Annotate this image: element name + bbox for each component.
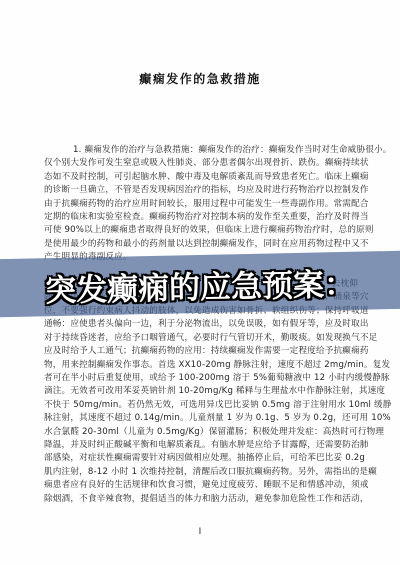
watermark-banner: 突发癫痫的应急预案： — [0, 251, 400, 318]
text-line: 是使用最少的药物和最小的药剂量以达到控制癫痫发作，同时在应用药物过程中又不 — [44, 238, 369, 251]
text-line: 仅个别大发作可发生窒息或吸入性肺炎、部分患者偶尔出现骨折、跌伤。癫痫持续状 — [44, 157, 369, 170]
text-line: 可使 90%以上的癫痫患者取得良好的效果，但临床上进行癫痫药物治疗时，总的原则 — [44, 224, 369, 237]
text-line: 除烟酒，不食辛辣食物，提倡适当的体力和脑力活动，避免参加危险性工作和活动， — [44, 493, 369, 506]
text-line: 物，用来控制癫痫发作事态。首选 XX10-20mg 静脉注射，速度不超过 2mg… — [44, 359, 369, 372]
text-line: 对于持续昏迷者，应给予口咽管通气，必要时行气管切开术，勤吸痰。如发现换气不足 — [44, 332, 369, 345]
document-page: 癫痫发作的急救措施 1. 癫痫发作的治疗与急救措施：癫痫发作的治疗：癫痫发作当时… — [0, 0, 400, 565]
text-line: 态如不及时控制，可引起脑水肿、酸中毒及电解质紊乱而导致患者死亡。临床上癫痫 — [44, 171, 369, 184]
text-line: 降温，并及时纠正酸碱平衡和电解质紊乱。有脑水肿是应给予甘露醇，还需要防治肺 — [44, 439, 369, 452]
text-line: 部感染，对症状性癫痫需要针对病因做相应处理。抽搐停止后，可给苯巴比妥 0.2g — [44, 452, 369, 465]
page-number: I — [0, 527, 400, 537]
text-line: 通畅：应使患者头偏向一边，利于分泌物流出，以免误吸，如有假牙等，应及时取出 — [44, 318, 369, 331]
text-line: 由于抗癫痫药物的治疗应用时间较长，服用过程中可能发生一些毒副作用。常需配合 — [44, 198, 369, 211]
text-line: 脉注射，其速度不超过 0.14g/min。儿童剂量 1 岁为 0.1g、5 岁为… — [44, 412, 369, 425]
text-line: 水合氯醛 20-30ml（儿童为 0.5mg/Kg）保留灌肠；积极处理并发症：高… — [44, 426, 369, 439]
text-line: 1. 癫痫发作的治疗与急救措施：癫痫发作的治疗：癫痫发作当时对生命威胁很小。 — [44, 144, 369, 157]
text-line: 的诊断一旦确立，不管是否发现病因治疗的指标，均应及时进行药物治疗以控制发作 — [44, 184, 369, 197]
text-line: 定期的临床和实验室检查。癫痫药物治疗对控制本病的发作至关重要，治疗及时得当 — [44, 211, 369, 224]
text-line: 者可在半小时后重复使用，或给予 100-200mg 溶于 5%葡萄糖液中 12 … — [44, 372, 369, 385]
text-line: 滴注。无效者可改用苯妥英钠针剂 10-20mg/Kg 稀释与生理盐水中作静脉注射… — [44, 385, 369, 398]
document-title: 癫痫发作的急救措施 — [0, 70, 400, 87]
text-line: 不快于 50mg/min。若仍然无效，可选用异戊巴比妥钠 0.5mg 溶于注射用… — [44, 399, 369, 412]
text-line: 应及时给予人工通气；抗癫痫药物的应用：持续癫痫发作需要一定程度给予抗癫痫药 — [44, 345, 369, 358]
overlay-headline: 突发癫痫的应急预案： — [45, 258, 356, 309]
document-body: 1. 癫痫发作的治疗与急救措施：癫痫发作的治疗：癫痫发作当时对生命威胁很小。仅个… — [44, 144, 369, 506]
text-line: 肌内注射，8-12 小时 1 次维持控制，清醒后改口服抗癫痫药物。另外，需指出的… — [44, 466, 369, 479]
text-line: 痫患者应有良好的生活规律和饮食习惯，避免过度疲劳、睡眠不足和情感冲动，须戒 — [44, 479, 369, 492]
